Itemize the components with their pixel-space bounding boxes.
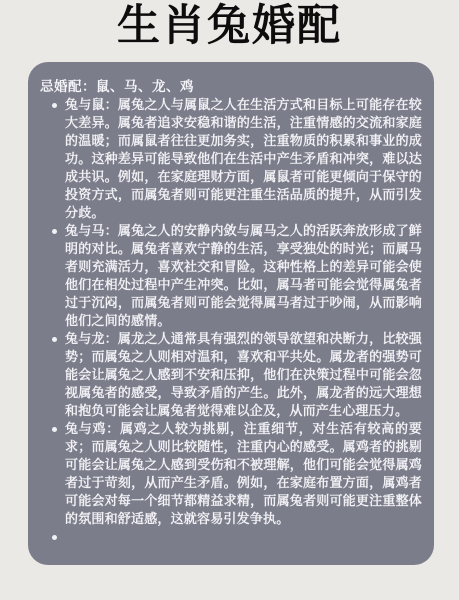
list-item-rabbit-dragon: 兔与龙：属龙之人通常具有强烈的领导欲望和决断力，比较强势；而属兔之人则相对温和，… xyxy=(40,330,422,420)
item-text: 兔与鸡：属鸡之人较为挑剔，注重细节，对生活有较高的要求；而属兔之人则比较随性，注… xyxy=(65,420,422,528)
item-label: 兔与鸡： xyxy=(65,421,120,436)
item-label: 兔与马： xyxy=(65,223,118,238)
bullet-icon xyxy=(52,229,57,234)
item-label: 兔与龙： xyxy=(65,331,118,346)
list-item-rabbit-rooster: 兔与鸡：属鸡之人较为挑剔，注重细节，对生活有较高的要求；而属兔之人则比较随性，注… xyxy=(40,420,422,528)
list-item-empty xyxy=(40,528,422,540)
bullet-icon xyxy=(52,103,57,108)
list-item-rabbit-rat: 兔与鼠：属兔之人与属鼠之人在生活方式和目标上可能存在较大差异。属兔者追求安稳和谐… xyxy=(40,96,422,222)
bullet-icon xyxy=(52,535,57,540)
item-body: 属鸡之人较为挑剔，注重细节，对生活有较高的要求；而属兔之人则比较随性，注重内心的… xyxy=(65,421,422,526)
compatibility-list: 兔与鼠：属兔之人与属鼠之人在生活方式和目标上可能存在较大差异。属兔者追求安稳和谐… xyxy=(40,96,422,540)
list-item-rabbit-horse: 兔与马：属兔之人的安静内敛与属马之人的活跃奔放形成了鲜明的对比。属兔者喜欢宁静的… xyxy=(40,222,422,330)
item-body: 属兔之人的安静内敛与属马之人的活跃奔放形成了鲜明的对比。属兔者喜欢宁静的生活，享… xyxy=(65,223,422,328)
item-label: 兔与鼠： xyxy=(65,97,118,112)
item-body: 属兔之人与属鼠之人在生活方式和目标上可能存在较大差异。属兔者追求安稳和谐的生活，… xyxy=(65,97,422,220)
item-text: 兔与鼠：属兔之人与属鼠之人在生活方式和目标上可能存在较大差异。属兔者追求安稳和谐… xyxy=(65,96,422,222)
card-header-taboo-list: 忌婚配：鼠、马、龙、鸡 xyxy=(40,78,422,96)
taboo-match-card: 忌婚配：鼠、马、龙、鸡 兔与鼠：属兔之人与属鼠之人在生活方式和目标上可能存在较大… xyxy=(28,62,434,565)
item-body: 属龙之人通常具有强烈的领导欲望和决断力，比较强势；而属兔之人则相对温和，喜欢和平… xyxy=(65,331,422,418)
item-text: 兔与马：属兔之人的安静内敛与属马之人的活跃奔放形成了鲜明的对比。属兔者喜欢宁静的… xyxy=(65,222,422,330)
page-title: 生肖兔婚配 xyxy=(0,0,459,51)
item-text: 兔与龙：属龙之人通常具有强烈的领导欲望和决断力，比较强势；而属兔之人则相对温和，… xyxy=(65,330,422,420)
bullet-icon xyxy=(52,427,57,432)
bullet-icon xyxy=(52,337,57,342)
